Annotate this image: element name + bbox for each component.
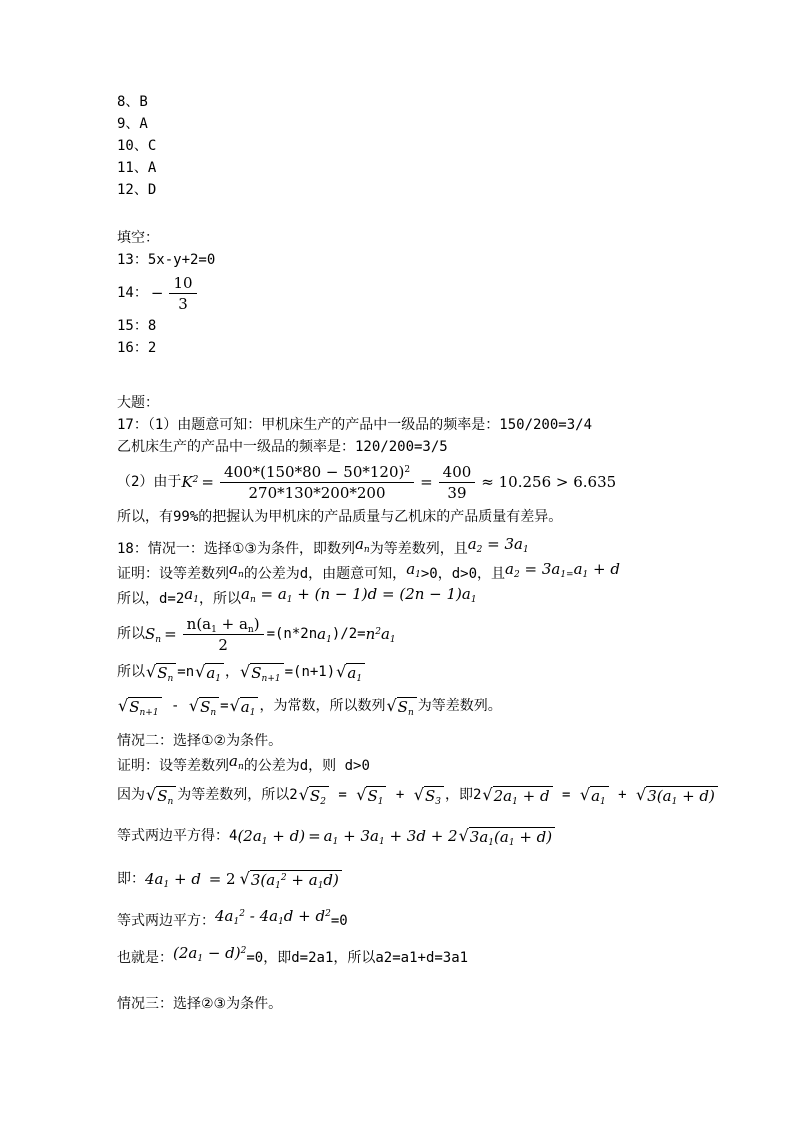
radical-sign: √ (636, 787, 646, 803)
fraction-numerator: 10 (169, 274, 196, 294)
text-segment: =n (177, 661, 194, 683)
spacer (117, 359, 737, 392)
q18-case1-line3: 所以，d=2a1，所以an = a1 + (n − 1)d = (2n − 1)… (117, 586, 737, 611)
text-segment: 为等差数列，且 (370, 541, 468, 557)
math-segment: n2a1 (366, 623, 396, 645)
q18-case2-line2: 证明：设等差数列an的公差为d，则 d>0 (117, 753, 737, 778)
equals-sign: = (308, 825, 321, 847)
sqrt-content: S2 (309, 786, 329, 804)
sqrt-expression: √a1 (195, 663, 224, 681)
q17-formula-line: （2）由于 K2 = 400*(150*80 − 50*120)2270*130… (117, 458, 737, 506)
text-segment: 所以 (117, 623, 145, 645)
radical-sign: √ (386, 698, 396, 714)
radical-sign: √ (459, 828, 469, 844)
text-segment: 证明：设等差数列 (117, 566, 229, 582)
sqrt-expression: √Sn (386, 697, 416, 715)
sqrt-content: Sn (199, 697, 219, 715)
spacer (117, 528, 737, 536)
math-segment: 4a12 - 4a1d + d2 (215, 904, 331, 928)
document-page: 8、B 9、A 10、C 11、A 12、D 填空： 13：5x-y+2=0 1… (0, 0, 794, 1123)
text-segment: 因为 (117, 784, 145, 806)
q18-case1-sqrt-line1: 所以 √Sn =n √a1 ， √Sn+1 =(n+1) √a1 (117, 657, 737, 687)
radical-sign: √ (118, 698, 128, 714)
sqrt-expression: √a1 (336, 663, 365, 681)
sqrt-content: 3a1(a1 + d) (469, 827, 555, 845)
answer-choice-9: 9、A (117, 113, 737, 135)
radical-sign: √ (414, 787, 424, 803)
text-segment: 等式两边平方： (117, 913, 215, 929)
fraction-denominator: 2 (183, 635, 264, 654)
math-segment: (2a1 − d)2 (173, 941, 246, 965)
sqrt-content: 3(a12 + a1d) (250, 870, 342, 888)
sqrt-expression: √3a1(a1 + d) (459, 827, 556, 845)
fill-q13: 13：5x-y+2=0 (117, 249, 737, 271)
text-segment: = (554, 784, 579, 806)
fraction-denominator: 39 (439, 483, 476, 502)
text-segment: = (220, 695, 228, 717)
sqrt-content: S1 (366, 786, 386, 804)
sqrt-content: Sn (156, 786, 176, 804)
sqrt-expression: √a1 (230, 697, 259, 715)
text-segment: 也就是： (117, 950, 173, 966)
q18-case2-sqrt-line: 因为 √Sn 为等差数列，所以2 √S2 = √S1 + √S3 ，即2 √2a… (117, 780, 737, 810)
spacer (117, 201, 737, 227)
text-segment: + (387, 784, 412, 806)
math-segment: a1 (406, 557, 421, 581)
sqrt-content: 2a1 + d (493, 786, 553, 804)
text-segment: =0，即d=2a1，所以a2=a1+d=3a1 (246, 950, 468, 966)
sqrt-expression: √Sn+1 (118, 697, 162, 715)
text-segment: 为等差数列，所以2 (177, 784, 297, 806)
math-segment: Sn (145, 623, 161, 645)
radical-sign: √ (482, 787, 492, 803)
big-questions-heading: 大题： (117, 392, 737, 414)
text-segment: ，为常数，所以数列 (259, 695, 385, 717)
text-segment: 所以，d=2 (117, 591, 184, 607)
text-segment: 18：情况一：选择①③为条件，即数列 (117, 541, 355, 557)
text-segment: =0 (331, 913, 348, 929)
q18-case2-square-line3: 等式两边平方：4a12 - 4a1d + d2=0 (117, 908, 737, 933)
math-segment: a1 + 3a1 + 3d + 2 (324, 825, 458, 847)
math-segment: a2 = 3a1 (468, 532, 529, 556)
sqrt-expression: √S1 (356, 786, 386, 804)
q17-line2: 乙机床生产的产品中一级品的频率是：120/200=3/5 (117, 436, 737, 458)
text-segment: 的公差为d，由题意可知， (244, 566, 406, 582)
radical-sign: √ (230, 698, 240, 714)
fraction-numerator: n(a1 + an) (183, 615, 264, 635)
q18-case1-line1: 18：情况一：选择①③为条件，即数列an为等差数列，且a2 = 3a1 (117, 536, 737, 561)
answer-choice-10: 10、C (117, 135, 737, 157)
fill-q15: 15：8 (117, 315, 737, 337)
document-content: 8、B 9、A 10、C 11、A 12、D 填空： 13：5x-y+2=0 1… (117, 91, 737, 1016)
sqrt-content: S3 (424, 786, 444, 804)
radical-sign: √ (336, 664, 346, 680)
q14-label: 14： (117, 282, 148, 304)
text-segment: =(n*2n (267, 623, 318, 645)
radical-sign: √ (146, 787, 156, 803)
answer-choice-12: 12、D (117, 179, 737, 201)
math-segment: a1 (184, 582, 199, 606)
q17-conclusion: 所以，有99%的把握认为甲机床的产品质量与乙机床的产品质量有差异。 (117, 506, 737, 528)
text-segment: 的公差为d，则 d>0 (244, 758, 370, 774)
math-segment: an (229, 749, 244, 773)
text-segment: ，即2 (445, 784, 481, 806)
q17-line1: 17：（1）由题意可知：甲机床生产的产品中一级品的频率是：150/200=3/4 (117, 414, 737, 436)
text-segment: 即： (117, 868, 145, 890)
fill-q14: 14： − 103 (117, 271, 737, 315)
minus-sign: − (151, 282, 164, 304)
equals-sign: = (420, 471, 433, 493)
fill-heading: 填空： (117, 227, 737, 249)
sqrt-expression: √3(a1 + d) (636, 786, 718, 804)
text-segment: 证明：设等差数列 (117, 758, 229, 774)
fill-q16: 16：2 (117, 337, 737, 359)
sqrt-content: Sn+1 (250, 663, 283, 681)
fraction: n(a1 + an)2 (183, 615, 264, 654)
sqrt-expression: √S2 (299, 786, 329, 804)
math-segment: an (355, 532, 370, 556)
equals-sign: = (164, 623, 177, 645)
fraction-numerator: 400*(150*80 − 50*120)2 (220, 463, 414, 483)
sqrt-expression: √Sn (189, 697, 219, 715)
k2-comparison: ≈ 10.256 > 6.635 (481, 471, 616, 493)
formula-prefix: （2）由于 (117, 471, 181, 493)
text-segment: 所以 (117, 661, 145, 683)
sqrt-content: Sn (397, 697, 417, 715)
q18-case2-conclusion: 也就是：(2a1 − d)2=0，即d=2a1，所以a2=a1+d=3a1 (117, 945, 737, 970)
sqrt-expression: √S3 (414, 786, 444, 804)
text-segment: = (330, 784, 355, 806)
q18-case1-sn-formula: 所以 Sn = n(a1 + an)2 =(n*2n a1 )/2= n2a1 (117, 611, 737, 657)
radical-sign: √ (299, 787, 309, 803)
text-segment: )/2= (332, 623, 366, 645)
text-segment: - (163, 695, 188, 717)
fraction-denominator: 3 (169, 294, 196, 313)
sqrt-content: a1 (240, 697, 259, 715)
math-segment: 4a1 + d (145, 868, 201, 890)
sqrt-content: a1 (205, 663, 224, 681)
math-segment: (2a1 + d) (237, 825, 305, 847)
q18-case1-sqrt-line2: √Sn+1 - √Sn = √a1 ，为常数，所以数列 √Sn 为等差数列。 (117, 691, 737, 721)
k2-fraction-result: 40039 (439, 463, 476, 502)
fraction-denominator: 270*130*200*200 (220, 483, 414, 502)
math-segment: an (229, 557, 244, 581)
radical-sign: √ (189, 698, 199, 714)
radical-sign: √ (240, 871, 250, 887)
sqrt-content: 3(a1 + d) (646, 786, 718, 804)
sqrt-content: a1 (590, 786, 609, 804)
q18-case2-square-line2: 即： 4a1 + d = 2 √3(a12 + a1d) (117, 862, 737, 896)
radical-sign: √ (146, 664, 156, 680)
q18-case3-heading: 情况三：选择②③为条件。 (117, 992, 737, 1016)
fraction-numerator: 400 (439, 463, 476, 483)
radical-sign: √ (356, 787, 366, 803)
sqrt-expression: √2a1 + d (482, 786, 552, 804)
answer-choice-11: 11、A (117, 157, 737, 179)
text-segment: =(n+1) (285, 661, 336, 683)
sqrt-expression: √a1 (580, 786, 609, 804)
text-segment: 等式两边平方得：4 (117, 825, 237, 847)
radical-sign: √ (580, 787, 590, 803)
fraction: 103 (169, 274, 196, 313)
k2-fraction-main: 400*(150*80 − 50*120)2270*130*200*200 (220, 463, 414, 502)
text-segment: >0，d>0，且 (421, 566, 505, 582)
q18-case2-square-line1: 等式两边平方得：4 (2a1 + d) = a1 + 3a1 + 3d + 2 … (117, 820, 737, 852)
equals-sign: = 2 (204, 868, 236, 890)
equals-sign: = (201, 471, 214, 493)
sqrt-expression: √3(a12 + a1d) (240, 870, 342, 888)
sqrt-expression: √Sn (146, 663, 176, 681)
sqrt-expression: √Sn+1 (240, 663, 284, 681)
sqrt-content: Sn+1 (128, 697, 161, 715)
q18-case2-heading: 情况二：选择①②为条件。 (117, 729, 737, 753)
math-segment: an = a1 + (n − 1)d = (2n − 1)a1 (241, 582, 477, 606)
text-segment: ，所以 (199, 591, 241, 607)
math-segment: a2 = 3a1=a1 + d (505, 557, 620, 581)
text-segment: + (610, 784, 635, 806)
radical-sign: √ (195, 664, 205, 680)
text-segment: ， (225, 661, 239, 683)
k-squared: K2 (181, 471, 198, 493)
answer-choice-8: 8、B (117, 91, 737, 113)
text-segment: 为等差数列。 (418, 695, 502, 717)
math-segment: a1 (317, 623, 332, 645)
sqrt-expression: √Sn (146, 786, 176, 804)
radical-sign: √ (240, 664, 250, 680)
sqrt-content: Sn (156, 663, 176, 681)
sqrt-content: a1 (346, 663, 365, 681)
